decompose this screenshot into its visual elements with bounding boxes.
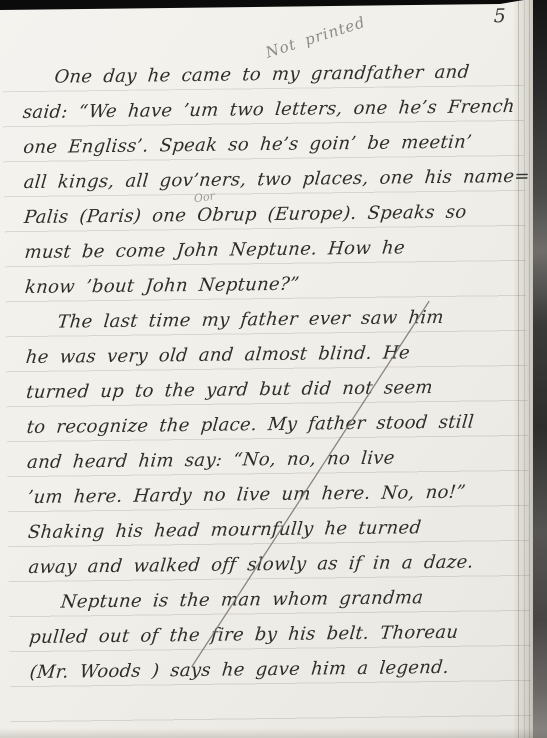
manuscript-line: One day he came to my grandfather and bbox=[53, 58, 471, 93]
page-content: 5 Not printed Oor One day he came to my … bbox=[0, 0, 547, 738]
manuscript-line: (Mr. Woods ) says he gave him a legend. bbox=[28, 653, 450, 688]
manuscript-line: to recognize the place. My father stood … bbox=[25, 408, 475, 444]
pencil-note: Not printed bbox=[263, 13, 367, 62]
manuscript-line: know ’bout John Neptune?” bbox=[24, 270, 301, 303]
page-edge-line bbox=[518, 0, 519, 738]
manuscript-line: said: “We have ’um two letters, one he’s… bbox=[21, 92, 516, 128]
manuscript-line: Neptune is the man whom grandma bbox=[59, 583, 424, 617]
manuscript-line: turned up to the yard but did not seem bbox=[25, 373, 434, 408]
manuscript-line: all kings, all gov’ners, two places, one… bbox=[22, 162, 531, 198]
manuscript-line: ’um here. Hardy no live um here. No, no!… bbox=[26, 478, 467, 513]
page-edge-strip bbox=[514, 0, 533, 738]
page-edge-line bbox=[524, 0, 525, 738]
manuscript-line: one Engliss’. Speak so he’s goin’ be mee… bbox=[22, 128, 473, 164]
manuscript-page: 5 Not printed Oor One day he came to my … bbox=[0, 0, 547, 738]
manuscript-line: Palis (Paris) one Obrup (Europe). Speaks… bbox=[23, 198, 468, 233]
manuscript-line: must be come John Neptune. How he bbox=[23, 233, 406, 268]
manuscript-lines: One day he came to my grandfather andsai… bbox=[0, 0, 542, 3]
manuscript-line: pulled out of the fire by his belt. Thor… bbox=[28, 618, 460, 653]
page-number: 5 bbox=[494, 5, 506, 27]
manuscript-line: Shaking his head mournfully he turned bbox=[27, 513, 423, 548]
book-edge-band bbox=[533, 0, 547, 738]
page-edge-line bbox=[529, 0, 530, 738]
manuscript-line: and heard him say: “No, no, no live bbox=[26, 444, 396, 479]
bottom-scan-edge bbox=[0, 728, 547, 738]
manuscript-line: he was very old and almost blind. He bbox=[24, 338, 411, 373]
manuscript-line: away and walked off slowly as if in a da… bbox=[27, 548, 475, 583]
manuscript-line: The last time my father ever saw him bbox=[56, 303, 445, 338]
